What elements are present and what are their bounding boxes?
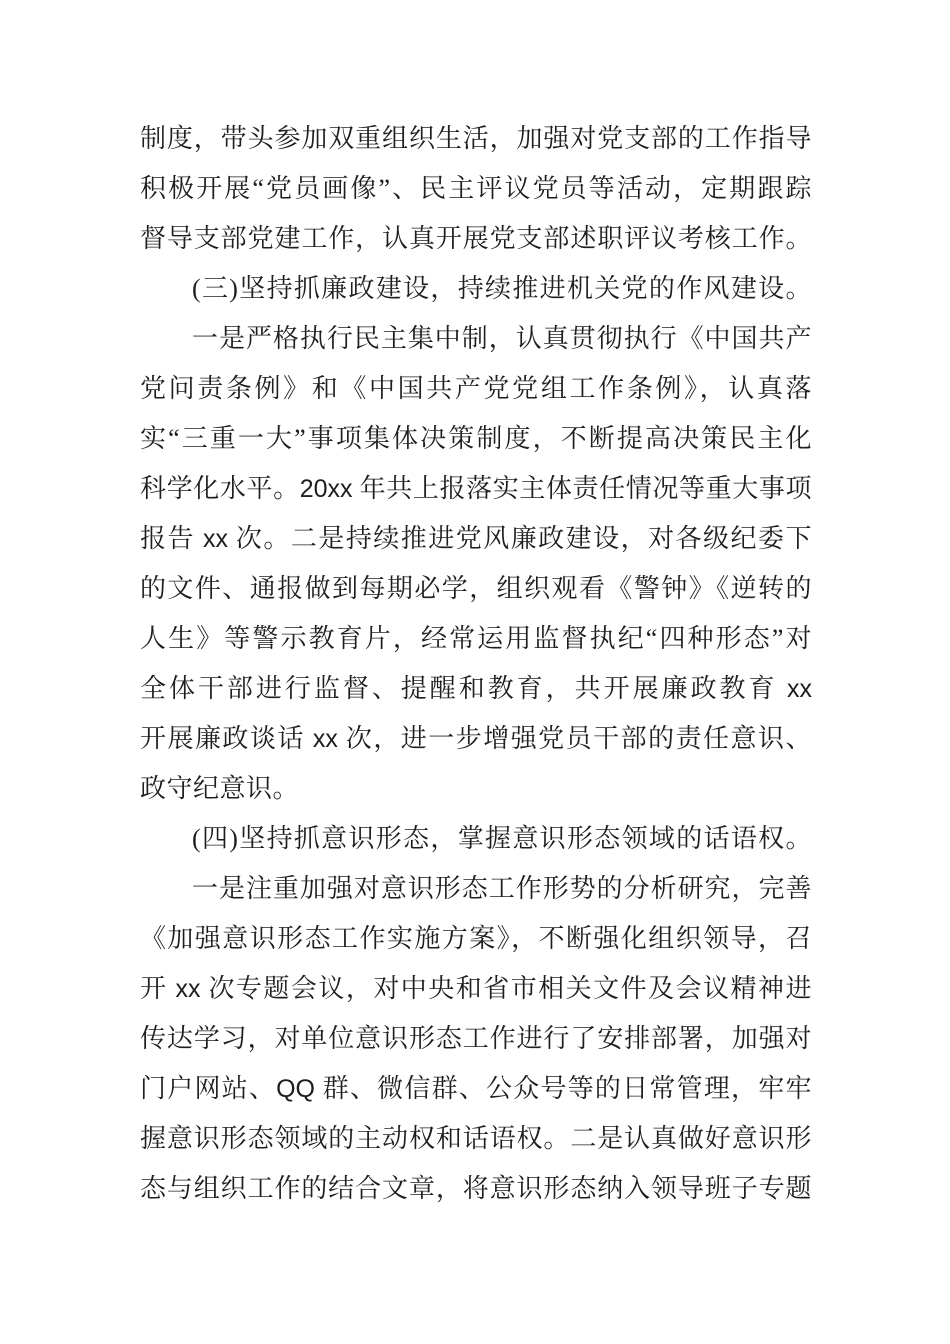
- text-line: 科学化水平。20xx 年共上报落实主体责任情况等重大事项: [140, 464, 812, 514]
- text-line: 党问责条例》和《中国共产党党组工作条例》，认真落: [140, 364, 812, 414]
- latin-text: xx: [787, 675, 812, 703]
- latin-text: xx: [313, 725, 338, 753]
- text-line: (四)坚持抓意识形态，掌握意识形态领域的话语权。: [140, 814, 812, 864]
- text-line: 报告 xx 次。二是持续推进党风廉政建设，对各级纪委下发: [140, 514, 812, 564]
- text-line: 政守纪意识。: [140, 764, 812, 814]
- text-line: 督导支部党建工作，认真开展党支部述职评议考核工作。: [140, 214, 812, 264]
- text-line: 开 xx 次专题会议，对中央和省市相关文件及会议精神进行: [140, 964, 812, 1014]
- text-line: 态与组织工作的结合文章，将意识形态纳入领导班子专题: [140, 1164, 812, 1214]
- document-page: 制度，带头参加双重组织生活，加强对党支部的工作指导积极开展“党员画像”、民主评议…: [0, 0, 950, 1344]
- text-line: 实“三重一大”事项集体决策制度，不断提高决策民主化: [140, 414, 812, 464]
- body-text: 制度，带头参加双重组织生活，加强对党支部的工作指导积极开展“党员画像”、民主评议…: [140, 114, 812, 1214]
- text-line: 一是注重加强对意识形态工作形势的分析研究，完善: [140, 864, 812, 914]
- text-line: 门户网站、QQ 群、微信群、公众号等的日常管理，牢牢掌: [140, 1064, 812, 1114]
- text-line: 全体干部进行监督、提醒和教育，共开展廉政教育 xx 次，: [140, 664, 812, 714]
- latin-text: xx: [203, 525, 228, 553]
- text-line: 一是严格执行民主集中制，认真贯彻执行《中国共产: [140, 314, 812, 364]
- text-line: 握意识形态领域的主动权和话语权。二是认真做好意识形: [140, 1114, 812, 1164]
- latin-text: xx: [175, 975, 200, 1003]
- text-line: (三)坚持抓廉政建设，持续推进机关党的作风建设。: [140, 264, 812, 314]
- text-line: 开展廉政谈话 xx 次，进一步增强党员干部的责任意识、廉: [140, 714, 812, 764]
- text-line: 积极开展“党员画像”、民主评议党员等活动，定期跟踪: [140, 164, 812, 214]
- text-line: 《加强意识形态工作实施方案》，不断强化组织领导，召: [140, 914, 812, 964]
- text-line: 制度，带头参加双重组织生活，加强对党支部的工作指导: [140, 114, 812, 164]
- text-line: 的文件、通报做到每期必学，组织观看《警钟》《逆转的: [140, 564, 812, 614]
- latin-text: 20xx: [300, 475, 353, 503]
- text-line: 人生》等警示教育片，经常运用监督执纪“四种形态”对: [140, 614, 812, 664]
- latin-text: QQ: [276, 1075, 315, 1103]
- text-line: 传达学习，对单位意识形态工作进行了安排部署，加强对: [140, 1014, 812, 1064]
